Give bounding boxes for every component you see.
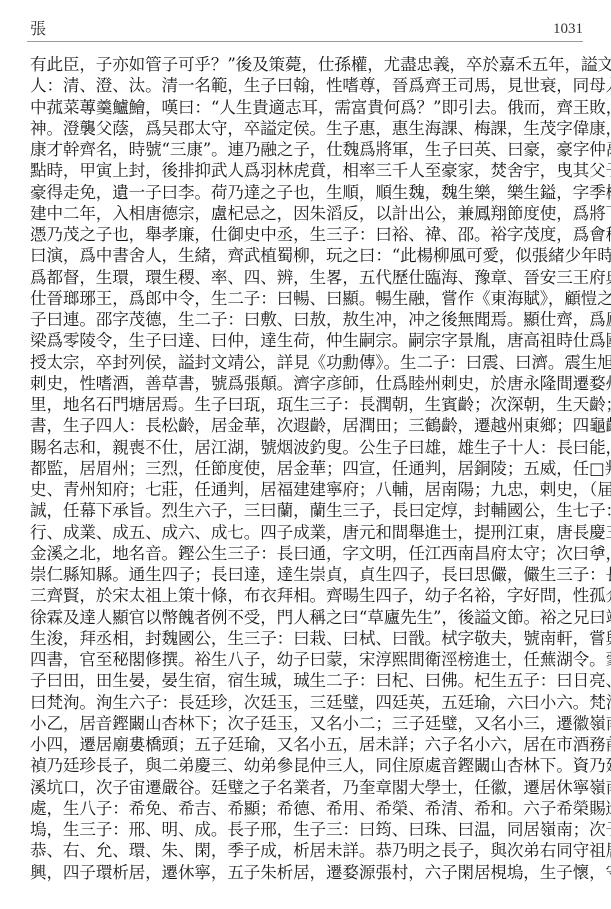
text-line: 授太宗，卒封列侯，謚封文靖公，詳見《功勳傳》。生二子：曰震、曰濟。震生旭，爲常熟… <box>30 352 584 373</box>
text-line: 子曰田，田生晏，晏生宿，宿生珹，珹生二子：曰杞、曰佛。杞生五子：曰日亮、曰漸、曰… <box>30 670 584 691</box>
text-line: 點時，甲寅上封，後排抑武人爲羽林虎賁，相率三千人至豪家，焚舍宇，曳其父子毆擊，投… <box>30 160 584 181</box>
body-text: 有此臣，子亦如管子可乎？”後及策薨，仕孫權，尤盡忠義，卒於嘉禾五年，謚文封婁侯。… <box>30 54 584 883</box>
page-number: 1031 <box>553 18 583 40</box>
text-line: 興，四子環析居，遷休寧，五子朱析居，遷婺源張村，六子閑居梘塢，生子懷，守祖居九里… <box>30 862 584 883</box>
text-line: 金溪之北，地名音。鏗公生三子：長曰通，字文明，任江西南昌府太守；次曰㸘，字文遠，… <box>30 543 584 564</box>
running-header: 張 1031 <box>30 18 583 40</box>
header-divider <box>27 41 583 42</box>
text-line: 康才幹齊名，時號“三康”。連乃融之子，仕魏爲將軍，生子曰英、曰豪，豪字仲禹，梁大… <box>30 139 584 160</box>
text-line: 人：清、澄、汰。清一名範，生子曰翰，性嗜尊，晉爲齊王司馬，見世衰，同母入洛，因秋… <box>30 75 584 96</box>
text-line: 四書，官至秘閣修撰。裕生八子，幼子曰蒙，宋淳熙間衛涇榜進士，任蕪湖令。蒙之兄曰稷… <box>30 649 584 670</box>
text-line: 賜名志和，親喪不仕，居江湖，號烟波釣叟。公生子曰雄，雄生子十人：長曰能，任校尉；… <box>30 437 584 458</box>
text-line: 塢，生三子：邢、明、成。長子邢，生子三：曰筠、曰珠、曰温，同居嶺南；次子明，居梘… <box>30 819 584 840</box>
text-line: 三齊賢，於宋太祖上策十條，布衣拜相。齊暘生四子，幼子名裕，字好問，性孤介，樂道忘… <box>30 585 584 606</box>
text-line: 生浚，拜丞相，封魏國公，生三子：曰栽、曰栻、曰戩。栻字敬夫，號南軒，嘗與朱夫子論… <box>30 628 584 649</box>
text-line: 都監，居眉州；三烈，任節度使，居金華；四宣，任通判，居銅陵；五威，任□判，居建安… <box>30 458 584 479</box>
text-line: 曰梵洵。洵生六子：長廷珍，次廷玉，三廷璧，四廷英，五廷瑜，六曰小六。梵洵長子廷珍… <box>30 692 584 713</box>
text-line: 中菰菜蓴羹鱸鱠，嘆曰：“人生貴適志耳，需富貴何爲？”即引去。俄而，齊王敗，時人謂… <box>30 97 584 118</box>
running-header-surname: 張 <box>30 18 46 40</box>
text-line: 爲都督，生環，環生稷、率、四、辨，生畧，五代歷仕臨海、豫章、晉安三王府典籤主師。… <box>30 267 584 288</box>
text-line: 子曰連。邵字茂德，生二子：曰敷、曰敖，敖生冲，冲之後無聞焉。顯仕齊，爲廬江太守，… <box>30 309 584 330</box>
text-line: 曰演，爲中書舍人，生緒，齊武植蜀柳，玩之曰：“此楊柳風可愛，似張緒少年時。”次竟… <box>30 245 584 266</box>
text-line: 處，生八子：希免、希吉、希顯；希德、希用、希榮、希清、希和。六子希榮賜進士，復遷… <box>30 798 584 819</box>
text-line: 憑乃茂之子也，舉孝廉，仕御史中丞，生三子：曰裕、禕、邵。裕字茂度，爲會稽太守，生… <box>30 224 584 245</box>
text-line: 溪坑口，次子宙遷嚴谷。廷璧之子名業者，乃奎章閣大學士，任徽，遷居休寧嶺南、漁灘、… <box>30 777 584 798</box>
text-line: 崇仁縣知縣。通生四子；長曰達，達生崇貞，貞生四子，長曰思儼，儼生三子：長曰齊昕，… <box>30 564 584 585</box>
text-line: 刺史，性嗜酒，善草書，號爲張顛。濟字彦師，仕爲睦州刺史，於唐永隆間遷婺州金華縣南… <box>30 373 584 394</box>
text-line: 仕晉瑯琊王，爲郎中令，生二子：曰暢、曰顯。暢生融，嘗作《東海賦》，顧愷之稱其實超… <box>30 288 584 309</box>
text-line: 里，地名石門塘居焉。生子曰珁，珁生三子：長潤朝，生賓齡；次深朝，生天齡；三朝，通… <box>30 394 584 415</box>
text-line: 書，生子四人：長松齡，居金華，次遐齡，居潤田；三鶴齡，遷越州東鄉；四龜齡，唐肅宗… <box>30 415 584 436</box>
text-line: 小乙，居音鏗闞山杏林下；次子廷玉，又名小二；三子廷璧，又名小三，遷徽嶺南；四子廷… <box>30 713 584 734</box>
text-line: 有此臣，子亦如管子可乎？”後及策薨，仕孫權，尤盡忠義，卒於嘉禾五年，謚文封婁侯。… <box>30 54 584 75</box>
text-line: 誠，任幕下承旨。烈生六子，三曰蘭，蘭生三子，長曰定焞，封輔國公，生七子：曰成賦、… <box>30 500 584 521</box>
text-line: 建中二年，入相唐德宗，盧杞忌之，因朱滔反，以計出公，兼鳳翔節度使，爲將下所殺，後… <box>30 203 584 224</box>
text-line: 豪得走免，遺一子曰李。荷乃達之子也，生順，順生魏，魏生樂，樂生鎰，字季權，爲豫章… <box>30 182 584 203</box>
text-line: 梁爲零陵令，生子曰達、曰仲，達生荷，仲生嗣宗。嗣宗字景胤，唐高祖時仕爲國子監祭酒… <box>30 330 584 351</box>
text-line: 神。澄襲父蔭，爲吴郡太守，卒謚定侯。生子惠，惠生海課、梅課，生茂字偉康，與同郡敬… <box>30 118 584 139</box>
text-line: 禎乃廷珍長子，與二弟慶三、幼弟參昆仲三人，同住原處音鏗闞山杏林下。資乃廷玉長子，… <box>30 755 584 776</box>
text-line: 徐霖及達人顯官以幣餽者例不受，門人稱之曰“草廬先生”，後謚文節。裕之兄曰靖，生從… <box>30 607 584 628</box>
text-line: 恭、右、允、環、朱、閑，季子成，析居未詳。恭乃明之長子，與次弟右同守祖居，三子允… <box>30 840 584 861</box>
text-line: 史、青州知府；七莊，任通判，居福建建寧府；八輔，居南陽；九忠，剌史，（届）〔居〕… <box>30 479 584 500</box>
text-line: 行、成業、成五、成六、成七。四子成業，唐元和間舉進士，提刑江東，唐長慶三年遷居衢… <box>30 522 584 543</box>
text-line: 小四，遷居廟婁橋頭；五子廷瑜，又名小五，居未詳；六子名小六，居在市酒務前，即開邑… <box>30 734 584 755</box>
